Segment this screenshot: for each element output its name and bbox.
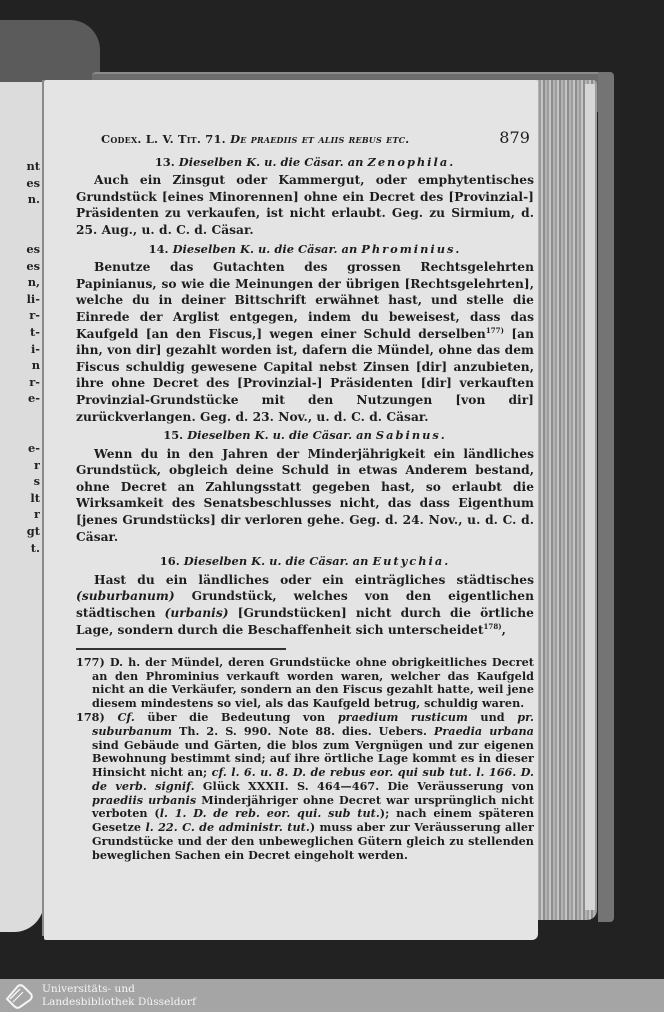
left-page-line-fragment bbox=[0, 208, 40, 225]
left-page-line-fragment: es bbox=[0, 175, 40, 192]
left-page-line-fragment: es bbox=[0, 241, 40, 258]
section-body-13: Auch ein Zinsgut oder Kammergut, oder em… bbox=[76, 172, 534, 238]
left-page-line-fragment: lt bbox=[0, 490, 40, 507]
book-photo: ntesn. esesn,li-r-t-i-nr-e- e-rsltrgtt. … bbox=[0, 0, 664, 979]
left-page-line-fragment: t- bbox=[0, 324, 40, 341]
left-page-line-fragment: es bbox=[0, 258, 40, 275]
left-page-text-fragments: ntesn. esesn,li-r-t-i-nr-e- e-rsltrgtt. bbox=[0, 158, 40, 556]
left-page-line-fragment bbox=[0, 407, 40, 424]
left-page-line-fragment: r- bbox=[0, 374, 40, 391]
footnote-178: 178) Cf. über die Bedeutung von praedium… bbox=[76, 711, 534, 863]
footnotes: 177) D. h. der Mündel, deren Grundstücke… bbox=[76, 656, 534, 863]
running-head: Codex. L. V. Tit. 71. De praediis et ali… bbox=[76, 130, 534, 148]
library-name-line2: Landesbibliothek Düsseldorf bbox=[42, 996, 196, 1009]
book-gutter bbox=[42, 80, 44, 936]
left-page-line-fragment: i- bbox=[0, 341, 40, 358]
footnote-divider bbox=[76, 648, 286, 650]
left-page-line-fragment: gt bbox=[0, 523, 40, 540]
left-page-line-fragment bbox=[0, 224, 40, 241]
left-page-line-fragment: li- bbox=[0, 291, 40, 308]
page-number: 879 bbox=[499, 130, 534, 147]
left-page-line-fragment: n. bbox=[0, 191, 40, 208]
section-body-16: Hast du ein ländliches oder ein einträgl… bbox=[76, 572, 534, 638]
left-page-line-fragment: r bbox=[0, 457, 40, 474]
library-name-line1: Universitäts- und bbox=[42, 983, 196, 996]
library-footer-bar: Universitäts- und Landesbibliothek Düsse… bbox=[0, 979, 664, 1012]
footnote-177: 177) D. h. der Mündel, deren Grundstücke… bbox=[76, 656, 534, 711]
section-body-14: Benutze das Gutachten des grossen Rechts… bbox=[76, 259, 534, 425]
left-page-line-fragment: r- bbox=[0, 307, 40, 324]
left-page-line-fragment: t. bbox=[0, 540, 40, 557]
footnote-ref-178[interactable]: 178) bbox=[484, 622, 502, 631]
book-cover-right bbox=[598, 72, 614, 922]
left-page-line-fragment: n bbox=[0, 357, 40, 374]
section-body-15: Wenn du in den Jahren der Minderjährigke… bbox=[76, 446, 534, 546]
left-page-line-fragment: n, bbox=[0, 274, 40, 291]
section-heading-15: 15. Dieselben K. u. die Cäsar. an Sabinu… bbox=[76, 427, 534, 444]
page-edges-highlight bbox=[585, 84, 595, 910]
section-heading-14: 14. Dieselben K. u. die Cäsar. an Phromi… bbox=[76, 241, 534, 258]
left-page-line-fragment: e- bbox=[0, 440, 40, 457]
left-page-line-fragment: r bbox=[0, 506, 40, 523]
section-heading-13: 13. Dieselben K. u. die Cäsar. an Zenoph… bbox=[76, 154, 534, 171]
ulb-book-logo-icon[interactable] bbox=[4, 983, 34, 1009]
footnote-ref-177[interactable]: 177) bbox=[486, 325, 504, 334]
left-page-line-fragment: nt bbox=[0, 158, 40, 175]
left-page-line-fragment bbox=[0, 424, 40, 441]
page-text: Codex. L. V. Tit. 71. De praediis et ali… bbox=[76, 130, 534, 863]
section-heading-16: 16. Dieselben K. u. die Cäsar. an Eutych… bbox=[76, 553, 534, 570]
running-head-prefix: Codex. L. V. Tit. 71. bbox=[101, 132, 226, 146]
left-page-line-fragment: e- bbox=[0, 390, 40, 407]
left-page-line-fragment: s bbox=[0, 473, 40, 490]
library-name[interactable]: Universitäts- und Landesbibliothek Düsse… bbox=[42, 983, 196, 1009]
running-head-title: De praediis et aliis rebus etc. bbox=[230, 132, 409, 146]
